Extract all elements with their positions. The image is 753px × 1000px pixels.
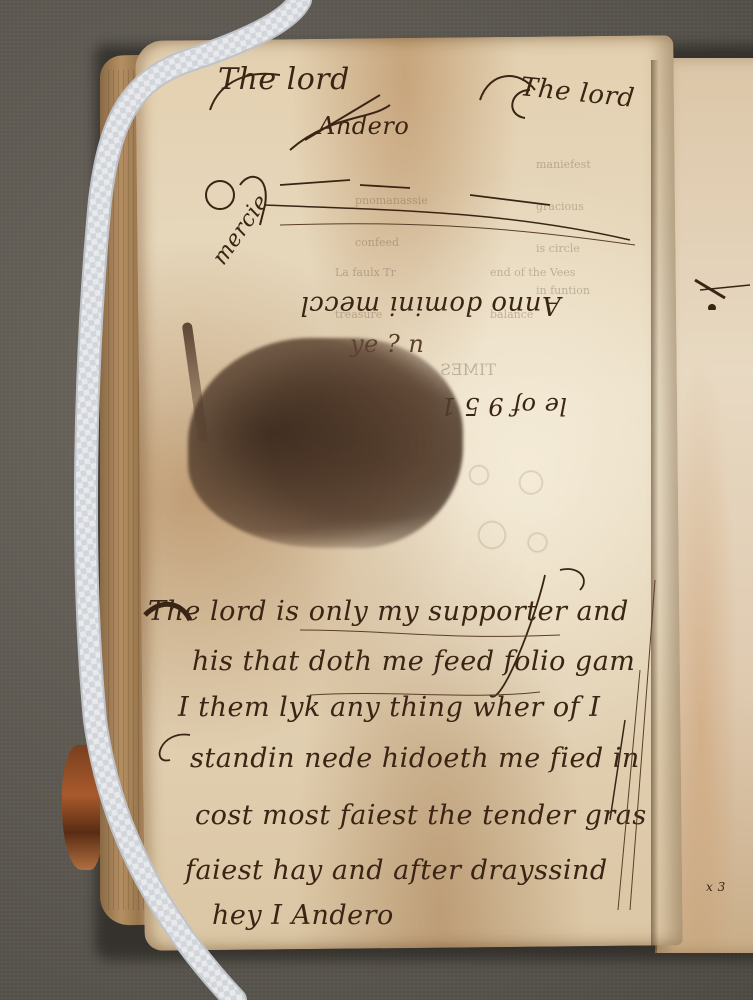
binding-cord	[0, 0, 753, 1000]
